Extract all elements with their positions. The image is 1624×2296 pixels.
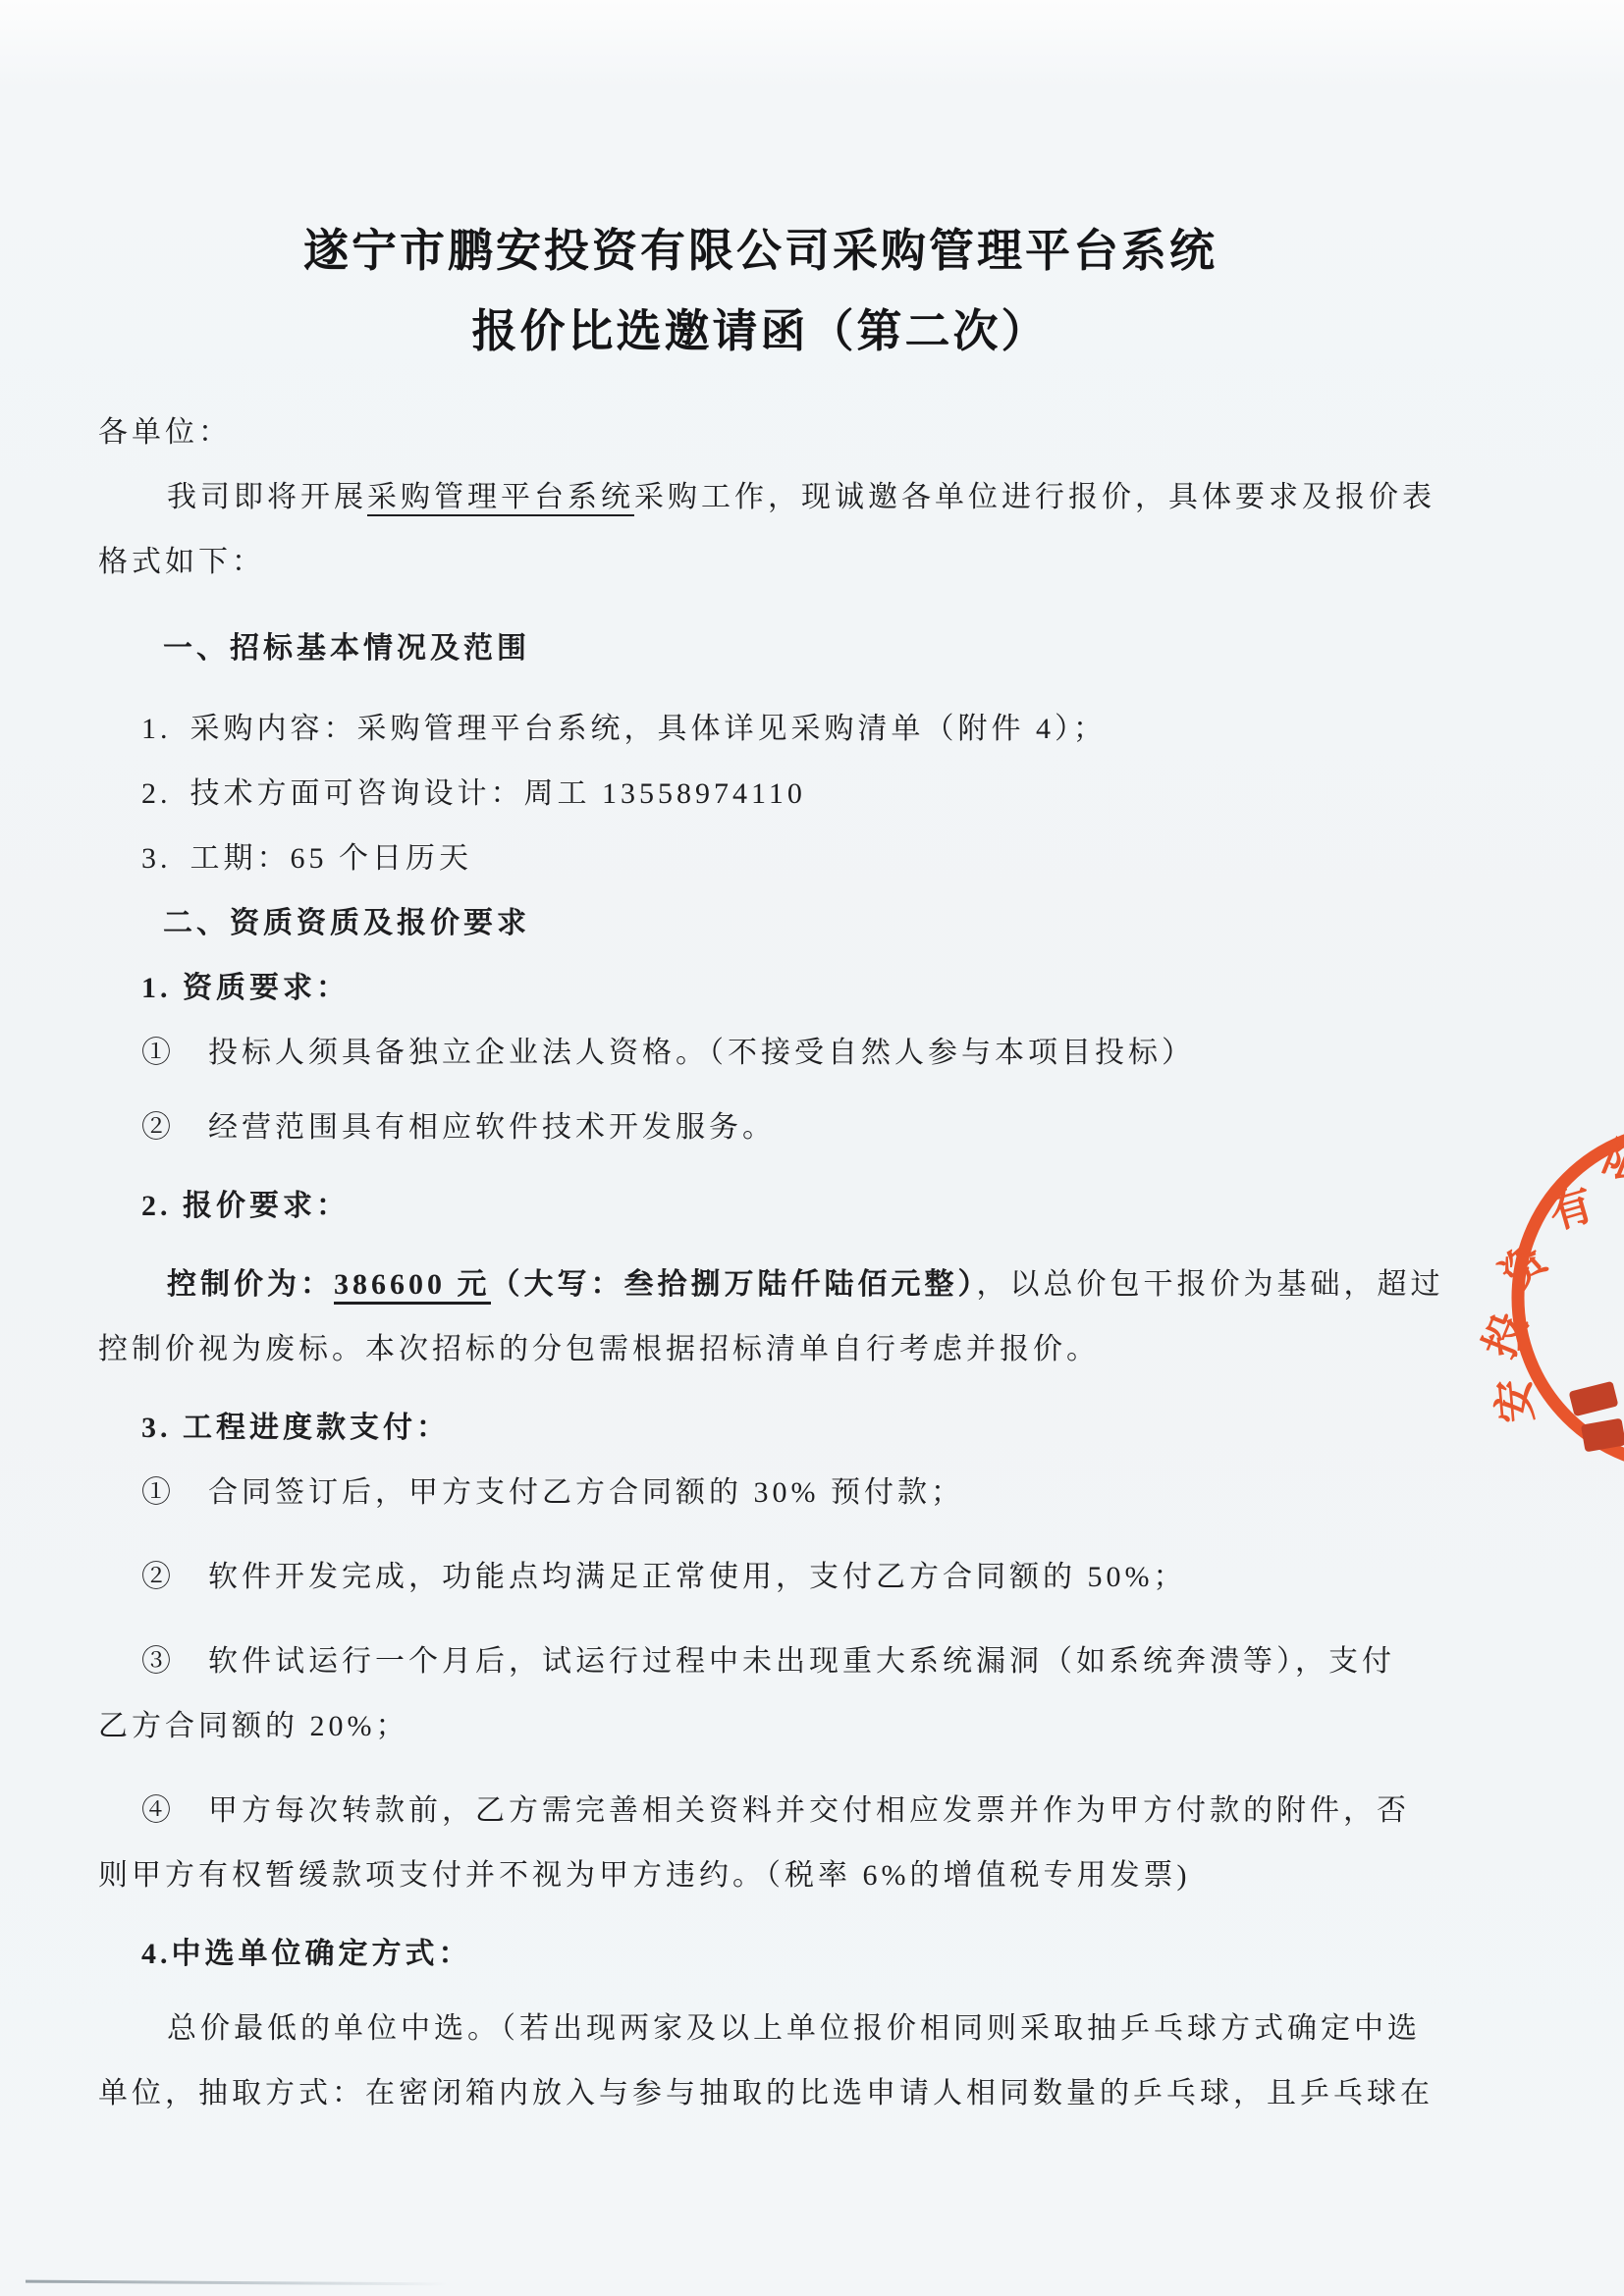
qualification-heading: 1. 资质要求：	[141, 956, 1511, 1021]
payment-items: ① 合同签订后，甲方支付乙方合同额的 30% 预付款；② 软件开发完成，功能点均…	[98, 1461, 1511, 1908]
salutation: 各单位：	[98, 400, 1511, 465]
doc-text-segment: 2. 技术方面可咨询设计：周工 13558974110	[141, 777, 806, 810]
doc-text-segment: ① 投标人须具备独立企业法人资格。（不接受自然人参与本项目投标）	[141, 1037, 1195, 1069]
doc-line: ③ 软件试运行一个月后，试运行过程中未出现重大系统漏洞（如系统奔溃等），支付	[98, 1629, 1511, 1694]
doc-text-segment: 采购工作，现诚邀各单位进行报价，具体要求及报价表	[634, 481, 1435, 513]
doc-text-segment: 乙方合同额的 20%；	[98, 1710, 409, 1742]
page-title: 遂宁市鹏安投资有限公司采购管理平台系统 报价比选邀请函（第二次）	[98, 210, 1511, 371]
seal-char: 安	[1489, 1377, 1542, 1424]
doc-text-segment: 386600 元	[334, 1268, 491, 1305]
doc-line: 总价最低的单位中选。（若出现两家及以上单位报价相同则采取抽乒乓球方式确定中选	[98, 1997, 1511, 2061]
doc-line: 控制价视为废标。本次招标的分包需根据招标清单自行考虑并报价。	[98, 1317, 1511, 1382]
doc-line: 1. 采购内容：采购管理平台系统，具体详见采购清单（附件 4）；	[141, 697, 1511, 762]
doc-text-segment: 3. 工期：65 个日历天	[141, 842, 472, 875]
doc-line: ② 软件开发完成，功能点均满足正常使用，支付乙方合同额的 50%；	[98, 1545, 1511, 1610]
company-seal-stamp: 限 有 资 投 安	[1473, 1119, 1624, 1492]
section2-heading: 二、资质资质及报价要求	[163, 891, 1511, 956]
scanned-document: 遂宁市鹏安投资有限公司采购管理平台系统 报价比选邀请函（第二次） 各单位： 我司…	[0, 0, 1624, 2296]
seal-inner-mark	[1569, 1381, 1619, 1416]
doc-line: 3. 工期：65 个日历天	[141, 827, 1511, 891]
control-price-paragraph: 控制价为：386600 元（大写：叁拾捌万陆仟陆佰元整），以总价包干报价为基础，…	[98, 1253, 1511, 1382]
qualification-items: ① 投标人须具备独立企业法人资格。（不接受自然人参与本项目投标）② 经营范围具有…	[141, 1021, 1511, 1160]
doc-text-segment: 单位，抽取方式：在密闭箱内放入与参与抽取的比选申请人相同数量的乒乓球，且乒乓球在	[98, 2077, 1434, 2109]
doc-text-segment: （大写：叁拾捌万陆仟陆佰元整）	[491, 1268, 977, 1301]
doc-text-segment: 控制价视为废标。本次招标的分包需根据招标清单自行考虑并报价。	[98, 1333, 1100, 1365]
page-title-line2: 报价比选邀请函（第二次）	[98, 291, 1423, 371]
doc-text-segment: 控制价为：	[167, 1268, 334, 1301]
section1-items: 1. 采购内容：采购管理平台系统，具体详见采购清单（附件 4）；2. 技术方面可…	[141, 697, 1511, 891]
doc-line: 2. 技术方面可咨询设计：周工 13558974110	[141, 762, 1511, 827]
doc-text-segment: ④ 甲方每次转款前，乙方需完善相关资料并交付相应发票并作为甲方付款的附件，否	[141, 1794, 1410, 1827]
quote-requirements-heading: 2. 报价要求：	[141, 1174, 1511, 1239]
document-page: 遂宁市鹏安投资有限公司采购管理平台系统 报价比选邀请函（第二次） 各单位： 我司…	[0, 0, 1624, 2296]
doc-line: ① 合同签订后，甲方支付乙方合同额的 30% 预付款；	[98, 1461, 1511, 1525]
doc-line: 单位，抽取方式：在密闭箱内放入与参与抽取的比选申请人相同数量的乒乓球，且乒乓球在	[98, 2061, 1511, 2126]
doc-line: 格式如下：	[98, 530, 1511, 595]
doc-text-segment: 我司即将开展	[167, 481, 367, 513]
selection-paragraph: 总价最低的单位中选。（若出现两家及以上单位报价相同则采取抽乒乓球方式确定中选单位…	[98, 1997, 1511, 2126]
seal-char: 限	[1597, 1133, 1624, 1194]
doc-text-segment: ，以总价包干报价为基础，超过	[977, 1268, 1444, 1301]
doc-line: ④ 甲方每次转款前，乙方需完善相关资料并交付相应发票并作为甲方付款的附件，否	[98, 1779, 1511, 1843]
doc-line: 乙方合同额的 20%；	[98, 1694, 1511, 1759]
doc-text-segment: 则甲方有权暂缓款项支付并不视为甲方违约。（税率 6%的增值税专用发票)	[98, 1859, 1190, 1892]
section1-heading: 一、招标基本情况及范围	[163, 616, 1511, 681]
doc-text-segment: 总价最低的单位中选。（若出现两家及以上单位报价相同则采取抽乒乓球方式确定中选	[167, 2012, 1421, 2045]
doc-line: ① 投标人须具备独立企业法人资格。（不接受自然人参与本项目投标）	[141, 1021, 1511, 1086]
doc-text-segment: 格式如下：	[98, 546, 265, 578]
doc-text-segment: ③ 软件试运行一个月后，试运行过程中未出现重大系统漏洞（如系统奔溃等），支付	[141, 1645, 1395, 1678]
intro-paragraph: 我司即将开展采购管理平台系统采购工作，现诚邀各单位进行报价，具体要求及报价表格式…	[98, 465, 1511, 595]
doc-line: 我司即将开展采购管理平台系统采购工作，现诚邀各单位进行报价，具体要求及报价表	[98, 465, 1511, 530]
page-title-line1: 遂宁市鹏安投资有限公司采购管理平台系统	[98, 210, 1423, 291]
doc-text-segment: 采购管理平台系统	[367, 481, 634, 516]
selection-method-heading: 4.中选单位确定方式：	[141, 1922, 1511, 1987]
payment-heading: 3. 工程进度款支付：	[141, 1396, 1511, 1461]
doc-line: 控制价为：386600 元（大写：叁拾捌万陆仟陆佰元整），以总价包干报价为基础，…	[98, 1253, 1511, 1317]
doc-text-segment: ② 软件开发完成，功能点均满足正常使用，支付乙方合同额的 50%；	[141, 1561, 1187, 1593]
doc-text-segment: ② 经营范围具有相应软件技术开发服务。	[141, 1111, 776, 1144]
doc-text-segment: ① 合同签订后，甲方支付乙方合同额的 30% 预付款；	[141, 1476, 964, 1509]
doc-text-segment: 1. 采购内容：采购管理平台系统，具体详见采购清单（附件 4）；	[141, 713, 1107, 745]
seal-char: 有	[1543, 1180, 1598, 1238]
seal-char: 资	[1492, 1235, 1557, 1301]
doc-line: ② 经营范围具有相应软件技术开发服务。	[141, 1095, 1511, 1160]
doc-line: 则甲方有权暂缓款项支付并不视为甲方违约。（税率 6%的增值税专用发票)	[98, 1843, 1511, 1908]
